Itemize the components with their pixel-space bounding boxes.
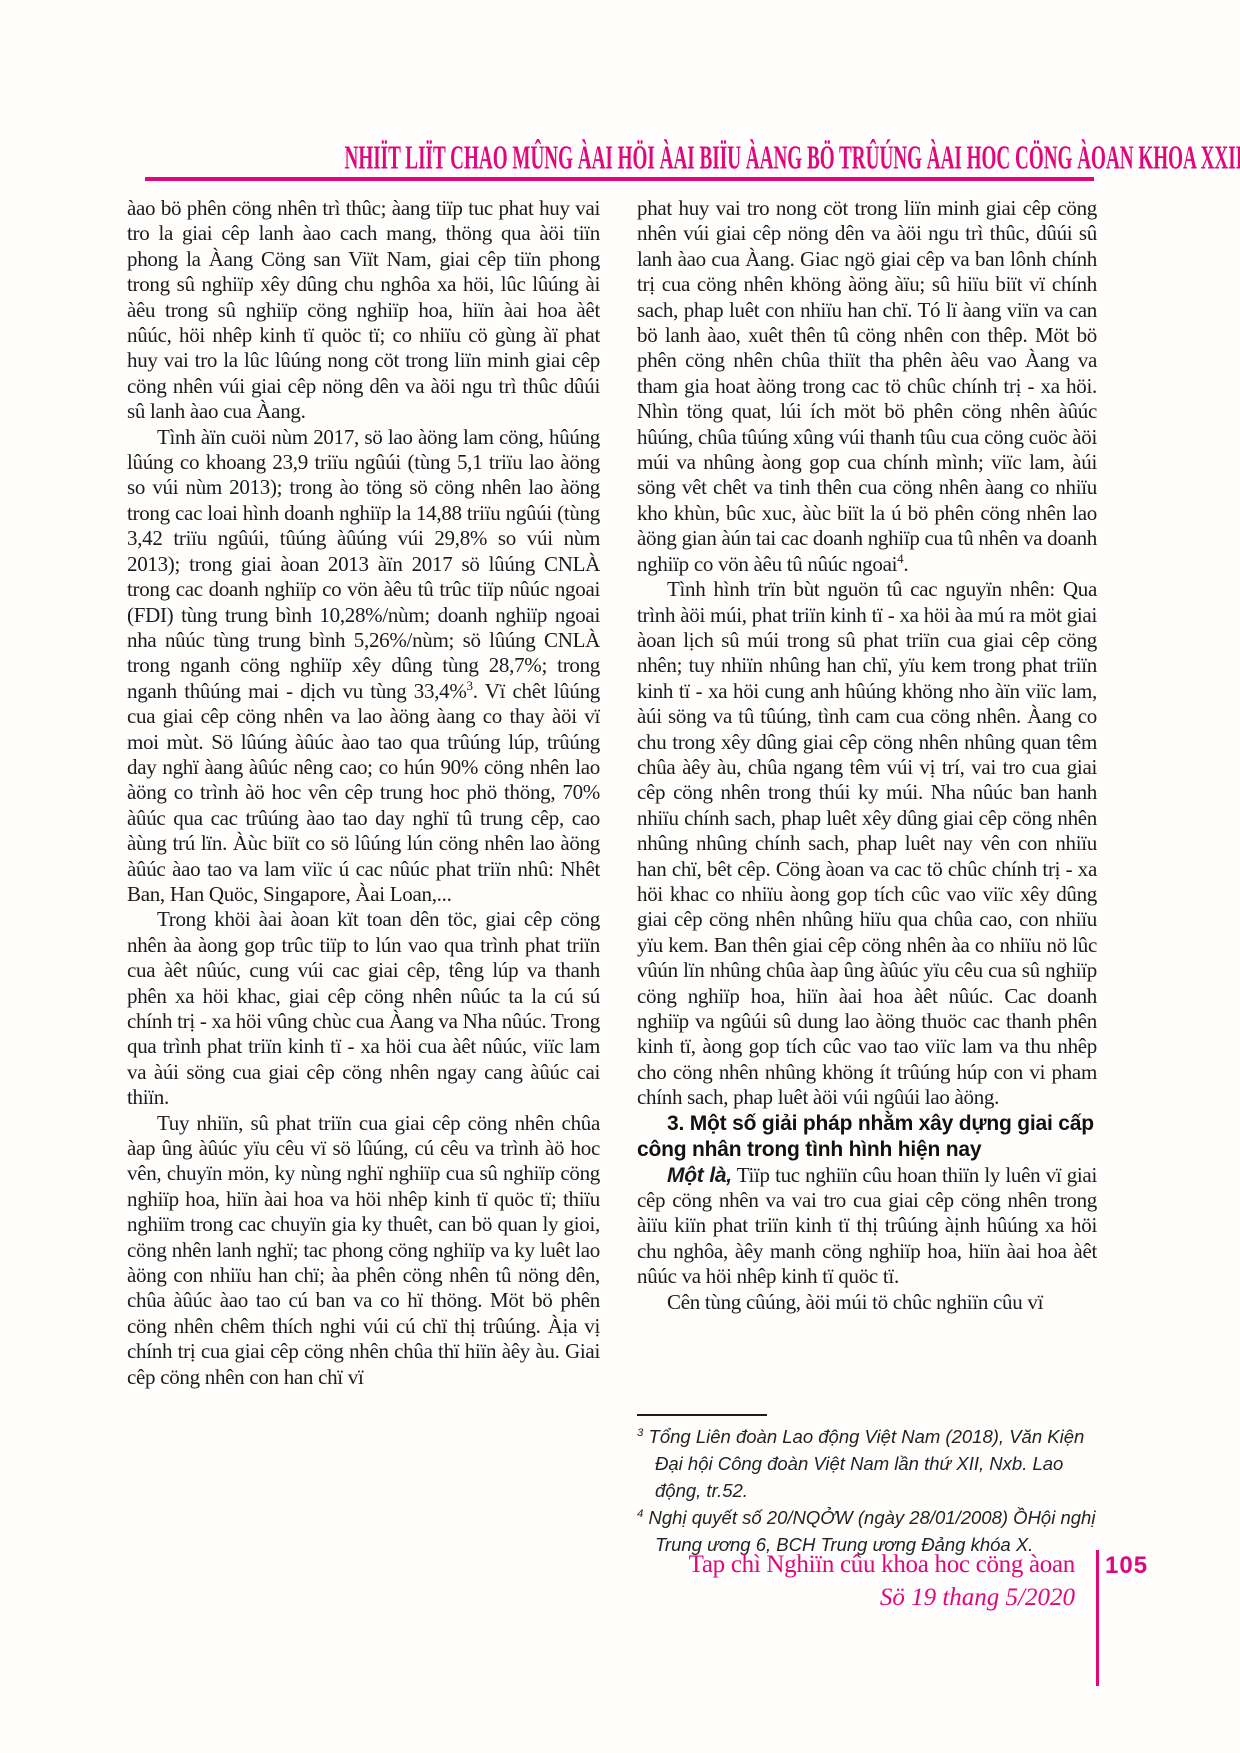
issue-info: Sö 19 thang 5/2020 [595,1584,1075,1612]
header-rule [145,177,1094,181]
page-number: 105 [1105,1552,1148,1580]
paragraph: Tuy nhiïn, sû phat triïn cua giai cêp cö… [127,1111,600,1390]
footer-divider [1096,1550,1099,1686]
text-run: Tình àïn cuöi nùm 2017, sö lao àöng lam … [127,425,600,703]
paragraph: àao bö phên cöng nhên trì thûc; àang tiï… [127,196,600,425]
footnotes-block: 3 Tổng Liên đoàn Lao động Việt Nam (2018… [637,1414,1105,1558]
text-run: Cên tùng cûúng, àöi múi tö chûc nghiïn c… [667,1290,1043,1314]
paragraph: Cên tùng cûúng, àöi múi tö chûc nghiïn c… [637,1290,1097,1315]
paragraph: Tình hình trïn bùt nguön tû cac nguyïn n… [637,577,1097,1111]
text-run: 3. Một số giải pháp nhằm xây dựng giai c… [637,1112,1094,1161]
footnote-text: Nghị quyết số 20/NQỞW (ngày 28/01/2008) … [643,1507,1095,1555]
footnote-list: 3 Tổng Liên đoàn Lao động Việt Nam (2018… [637,1423,1105,1558]
section-heading: 3. Một số giải pháp nhằm xây dựng giai c… [637,1111,1097,1163]
left-column: àao bö phên cöng nhên trì thûc; àang tiï… [127,196,600,1534]
paragraph: phat huy vai tro nong cöt trong liïn min… [637,196,1097,577]
footnote-separator [637,1414,767,1416]
footnote: 3 Tổng Liên đoàn Lao động Việt Nam (2018… [637,1423,1105,1504]
paragraph: Trong khöi àai àoan kït toan dên töc, gi… [127,907,600,1110]
journal-page: NHIÏT LIÏT CHAO MÛNG ÀAI HÖI ÀAI BIÏU ÀA… [0,0,1240,1753]
footnote-text: Tổng Liên đoàn Lao động Việt Nam (2018),… [643,1426,1084,1501]
emphasis-lead: Một là, [667,1164,732,1187]
text-run: àao bö phên cöng nhên trì thûc; àang tiï… [127,196,600,423]
text-run: . [903,552,908,576]
paragraph: Một là, Tiïp tuc nghiïn cûu hoan thiïn l… [637,1163,1097,1290]
text-run: . Vï chêt lûúng cua giai cêp cöng nhên v… [127,679,600,906]
paragraph: Tình àïn cuöi nùm 2017, sö lao àöng lam … [127,425,600,908]
text-run: Trong khöi àai àoan kït toan dên töc, gi… [127,907,600,1109]
journal-title: Tap chì Nghiïn cûu khoa hoc cöng àoan [595,1551,1075,1579]
right-column: phat huy vai tro nong cöt trong liïn min… [637,196,1097,1420]
footnote: 4 Nghị quyết số 20/NQỞW (ngày 28/01/2008… [637,1504,1105,1558]
text-run: Tình hình trïn bùt nguön tû cac nguyïn n… [637,577,1097,1109]
text-run: Tuy nhiïn, sû phat triïn cua giai cêp cö… [127,1111,600,1389]
congress-banner: NHIÏT LIÏT CHAO MÛNG ÀAI HÖI ÀAI BIÏU ÀA… [345,140,896,178]
text-run: phat huy vai tro nong cöt trong liïn min… [637,196,1097,576]
